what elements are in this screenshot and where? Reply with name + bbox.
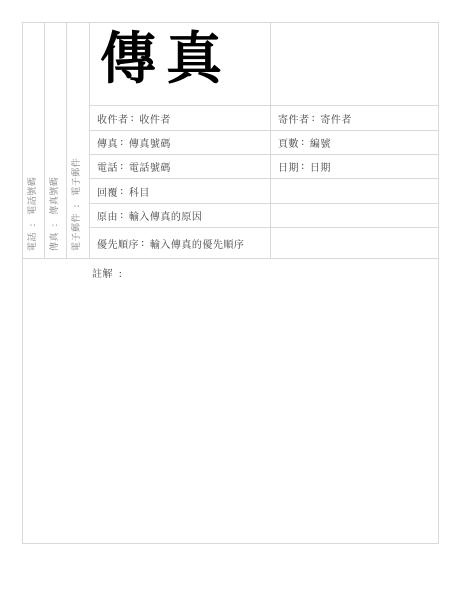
field-pages: 頁數 : 編號 — [271, 131, 438, 154]
field-row-re: 回覆 : 科目 — [90, 179, 438, 204]
field-label: 優先順序 — [97, 236, 139, 251]
field-priority-empty-cell — [271, 228, 438, 258]
colon-separator: : — [120, 186, 124, 197]
field-label: 電話 — [97, 159, 118, 174]
field-date: 日期 : 日期 — [271, 155, 438, 178]
sidebar-fax-line: 傳真 : 傳真號碼 — [45, 23, 66, 257]
field-reason: 原由 : 輸入傳真的原因 — [90, 204, 271, 227]
fax-table: 電話 : 電話號碼 傳真 : 傳真號碼 電子郵件 : 電子郵件 傳真 收件者 :… — [22, 22, 439, 544]
field-value[interactable]: 輸入傳真的優先順序 — [150, 236, 245, 251]
colon-separator: : — [312, 113, 316, 124]
field-value[interactable]: 電話號碼 — [129, 159, 171, 174]
sidebar-email-column: 電子郵件 : 電子郵件 — [67, 23, 90, 259]
title-cell: 傳真 — [90, 23, 271, 106]
colon-separator: : — [120, 210, 124, 221]
title-empty-cell — [271, 23, 438, 106]
colon-separator: : — [72, 201, 82, 211]
sidebar-phone-line: 電話 : 電話號碼 — [23, 23, 44, 257]
sidebar-phone-column: 電話 : 電話號碼 — [23, 23, 45, 259]
field-value[interactable]: 收件者 — [139, 111, 171, 126]
colon-separator: : — [120, 161, 124, 172]
field-reason-empty-cell — [271, 204, 438, 227]
field-from: 寄件者 : 寄件者 — [271, 106, 438, 130]
field-value[interactable]: 日期 — [310, 159, 331, 174]
sidebar-phone-label: 電話 — [28, 232, 38, 251]
field-label: 原由 — [97, 208, 118, 223]
colon-separator: : — [141, 238, 145, 249]
field-fax: 傳真 : 傳真號碼 — [90, 131, 271, 154]
colon-separator: : — [28, 220, 38, 230]
sidebar-email-line: 電子郵件 : 電子郵件 — [67, 23, 88, 257]
field-label: 寄件者 — [278, 111, 310, 126]
field-label: 回覆 — [97, 184, 118, 199]
field-re-empty-cell — [271, 179, 438, 203]
field-to: 收件者 : 收件者 — [90, 106, 271, 130]
colon-separator: : — [301, 137, 305, 148]
comments-label: 註解 — [92, 269, 113, 280]
field-re: 回覆 : 科目 — [90, 179, 271, 203]
sidebar-phone-value[interactable]: 電話號碼 — [28, 177, 38, 215]
field-phone: 電話 : 電話號碼 — [90, 155, 271, 178]
field-value[interactable]: 輸入傳真的原因 — [129, 208, 203, 223]
sidebar-fax-label: 傳真 — [50, 232, 60, 251]
field-row-phone-date: 電話 : 電話號碼 日期 : 日期 — [90, 155, 438, 179]
field-label: 傳真 — [97, 135, 118, 150]
field-row-fax-pages: 傳真 : 傳真號碼 頁數 : 編號 — [90, 131, 438, 155]
field-row-to-from: 收件者 : 收件者 寄件者 : 寄件者 — [90, 106, 438, 131]
sidebar-email-label: 電子郵件 — [72, 213, 82, 251]
colon-separator: : — [131, 113, 135, 124]
comments-section[interactable]: 註解 : — [90, 259, 438, 543]
field-value[interactable]: 傳真號碼 — [129, 135, 171, 150]
colon-separator: : — [120, 137, 124, 148]
document-title: 傳真 — [100, 27, 232, 92]
field-row-priority: 優先順序 : 輸入傳真的優先順序 — [90, 228, 438, 259]
field-label: 頁數 — [278, 135, 299, 150]
fax-cover-sheet: 電話 : 電話號碼 傳真 : 傳真號碼 電子郵件 : 電子郵件 傳真 收件者 :… — [0, 0, 462, 600]
field-priority: 優先順序 : 輸入傳真的優先順序 — [90, 228, 271, 258]
colon-separator: : — [301, 161, 305, 172]
sidebar-email-value[interactable]: 電子郵件 — [72, 158, 82, 196]
field-label: 日期 — [278, 159, 299, 174]
colon-separator: : — [50, 220, 60, 230]
sidebar-fax-column: 傳真 : 傳真號碼 — [45, 23, 67, 259]
sidebar-fax-value[interactable]: 傳真號碼 — [50, 177, 60, 215]
field-value[interactable]: 科目 — [129, 184, 150, 199]
field-value[interactable]: 寄件者 — [320, 111, 352, 126]
colon-separator: : — [115, 269, 123, 280]
field-value[interactable]: 編號 — [310, 135, 331, 150]
field-row-reason: 原由 : 輸入傳真的原因 — [90, 204, 438, 228]
field-label: 收件者 — [97, 111, 129, 126]
